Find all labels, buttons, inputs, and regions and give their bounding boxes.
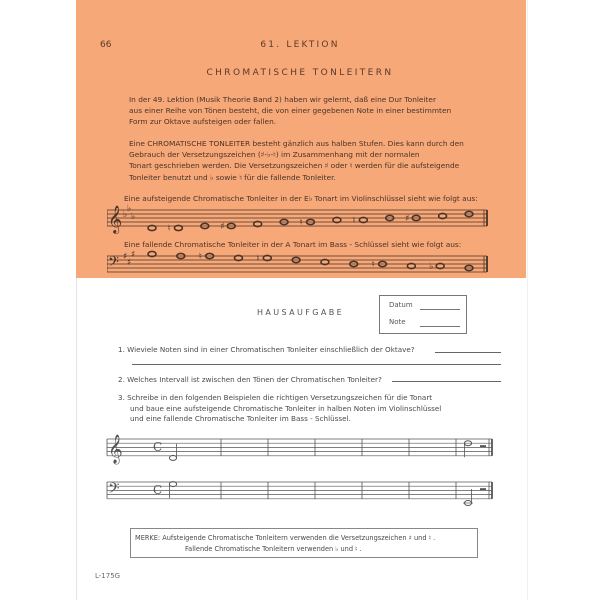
- svg-text:♮: ♮: [199, 252, 202, 262]
- svg-text:♮: ♮: [372, 260, 375, 270]
- question-3: 3. Schreibe in den folgenden Beispielen …: [118, 393, 441, 425]
- intro-paragraph-2: Eine CHROMATISCHE TONLEITER besteht gänz…: [129, 138, 464, 183]
- svg-text:𝄞: 𝄞: [108, 205, 122, 234]
- svg-text:♭: ♭: [429, 262, 433, 272]
- svg-text:♮: ♮: [256, 254, 259, 264]
- exercise-staff-bass[interactable]: 𝄢C: [105, 476, 500, 516]
- homework-title: HAUSAUFGABE: [257, 308, 344, 317]
- svg-text:♮: ♮: [167, 224, 170, 234]
- svg-text:C: C: [153, 440, 162, 454]
- date-grade-box: Datum Note: [379, 295, 467, 334]
- answer-1-blank-a[interactable]: [435, 352, 501, 353]
- svg-text:♮: ♮: [300, 218, 303, 228]
- svg-text:♯: ♯: [405, 214, 409, 224]
- answer-2-blank[interactable]: [392, 381, 501, 382]
- date-label: Datum: [389, 301, 413, 309]
- svg-text:♭: ♭: [131, 212, 135, 222]
- grade-field[interactable]: [420, 326, 460, 327]
- svg-text:♯: ♯: [131, 250, 135, 260]
- svg-text:𝄢: 𝄢: [108, 254, 119, 274]
- question-1: 1. Wieviele Noten sind in einer Chromati…: [118, 345, 415, 356]
- lesson-heading: 61. LEKTION: [0, 40, 600, 50]
- question-2: 2. Welches Intervall ist zwischen den Tö…: [118, 375, 382, 386]
- footer-code: L-175G: [95, 572, 120, 580]
- merke-line-1: MERKE: Aufsteigende Chromatische Tonleit…: [135, 534, 435, 542]
- date-field[interactable]: [420, 309, 460, 310]
- example-staff-descending: 𝄢♯♯♯♮♮♮♭: [107, 248, 497, 278]
- merke-note-box: MERKE: Aufsteigende Chromatische Tonleit…: [130, 528, 478, 558]
- answer-1-blank-b[interactable]: [132, 364, 501, 365]
- svg-text:𝄢: 𝄢: [108, 480, 120, 501]
- merke-line-2: Fallende Chromatische Tonleitern verwend…: [185, 545, 362, 553]
- exercise-staff-treble[interactable]: 𝄞C: [105, 433, 500, 473]
- svg-text:𝄞: 𝄞: [108, 434, 123, 464]
- svg-text:♮: ♮: [352, 216, 355, 226]
- svg-text:♯: ♯: [220, 222, 224, 232]
- svg-text:C: C: [153, 483, 162, 497]
- grade-label: Note: [389, 318, 406, 326]
- example-staff-ascending: 𝄞♭♭♭♮♯♮♮♯: [107, 202, 497, 234]
- page-title: CHROMATISCHE TONLEITERN: [0, 68, 600, 78]
- intro-paragraph-1: In der 49. Lektion (Musik Theorie Band 2…: [129, 94, 451, 128]
